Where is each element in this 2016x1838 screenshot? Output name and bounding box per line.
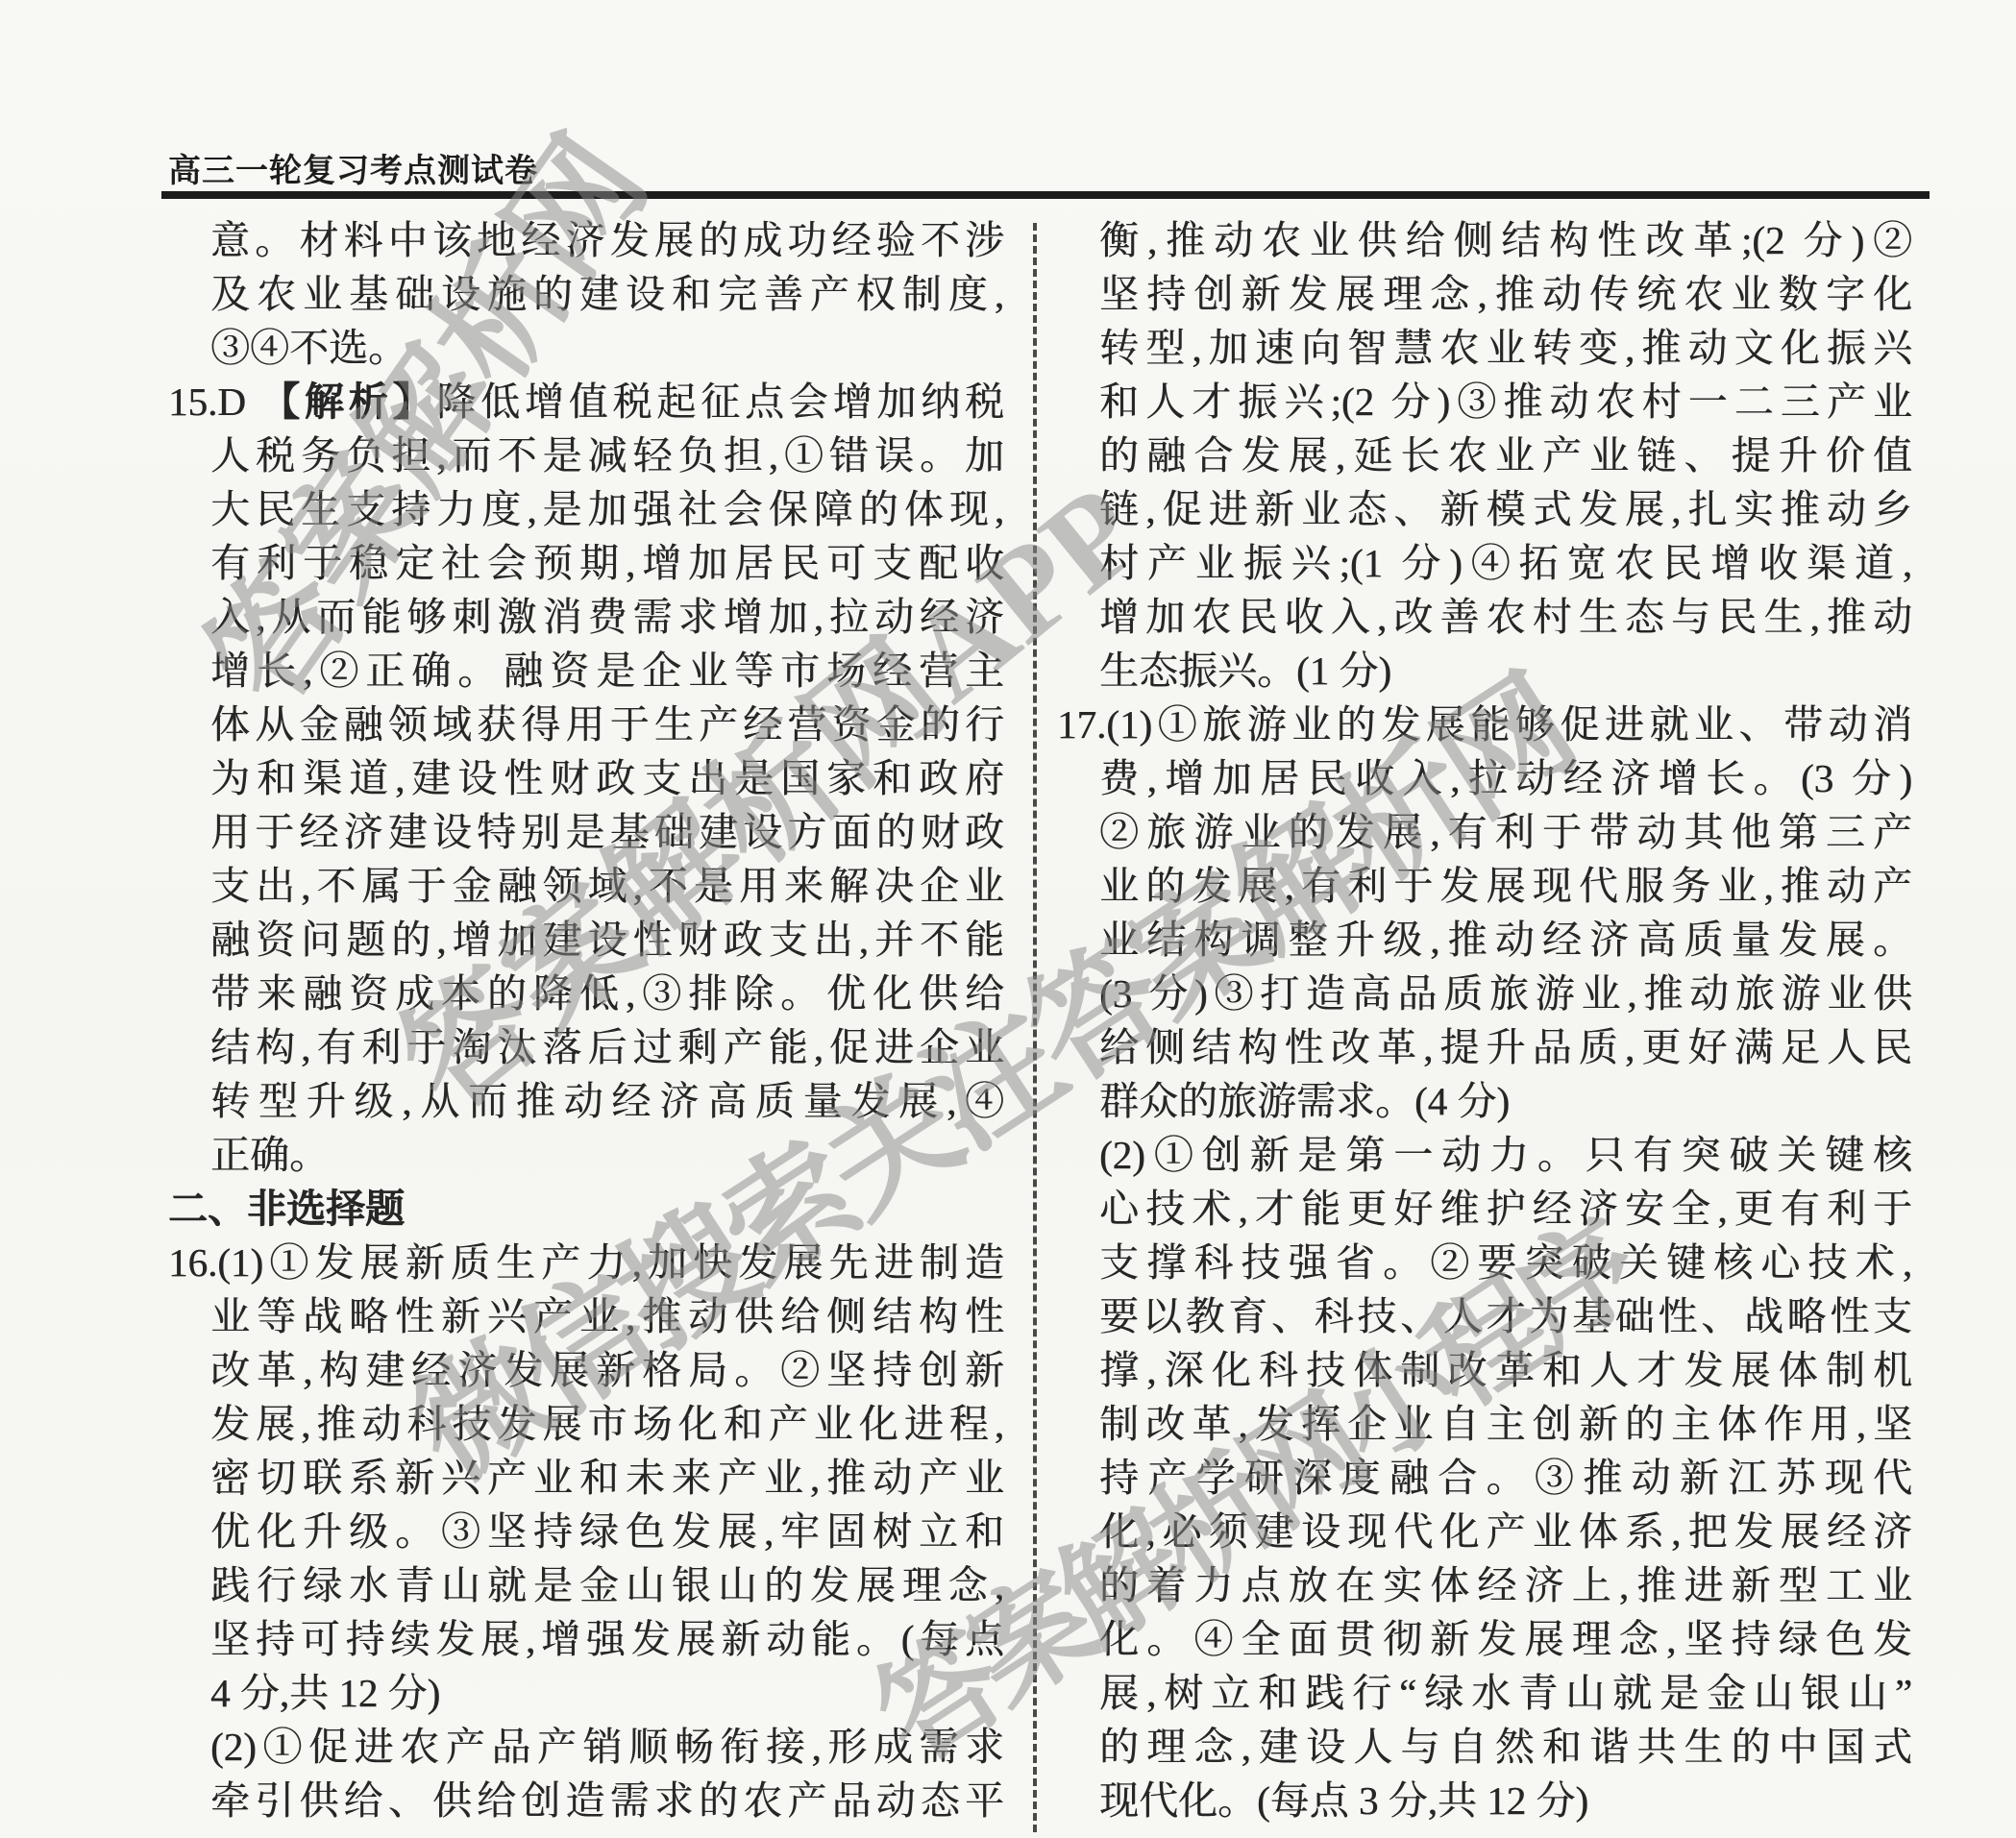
column-divider [1033, 223, 1037, 1832]
text-line: 15.D 【解析】降低增值税起征点会增加纳税 [168, 375, 1004, 429]
text-line: 入,从而能够刺激消费需求增加,拉动经济 [168, 590, 1004, 644]
text-line: 坚持创新发展理念,推动传统农业数字化 [1057, 267, 1912, 321]
text-line: 4 分,共 12 分) [168, 1666, 1004, 1720]
text-line: 坚持可持续发展,增强发展新动能。(每点 [168, 1612, 1004, 1666]
text-line: 改革,构建经济发展新格局。②坚持创新 [168, 1343, 1004, 1397]
text-line: 密切联系新兴产业和未来产业,推动产业 [168, 1451, 1004, 1505]
text-line: 链,促进新业态、新模式发展,扎实推动乡 [1057, 482, 1912, 536]
text-line: 撑,深化科技体制改革和人才发展体制机 [1057, 1343, 1912, 1397]
text-line: 化,必须建设现代化产业体系,把发展经济 [1057, 1505, 1912, 1558]
text-line: 践行绿水青山就是金山银山的发展理念, [168, 1558, 1004, 1612]
text-line: ③④不选。 [168, 321, 1004, 375]
text-line: (3 分)③打造高品质旅游业,推动旅游业供 [1057, 967, 1912, 1020]
text-line: 人税务负担,而不是减轻负担,①错误。加 [168, 429, 1004, 482]
text-line: 转型,加速向智慧农业转变,推动文化振兴 [1057, 321, 1912, 375]
text-line: 二、非选择题 [168, 1182, 1004, 1236]
text-line: 有利于稳定社会预期,增加居民可支配收 [168, 536, 1004, 590]
text-line: 融资问题的,增加建设性财政支出,并不能 [168, 913, 1004, 967]
text-line: 持产学研深度融合。③推动新江苏现代 [1057, 1451, 1912, 1505]
text-line: 展,树立和践行“绿水青山就是金山银山” [1057, 1666, 1912, 1720]
text-line: 化。④全面贯彻新发展理念,坚持绿色发 [1057, 1612, 1912, 1666]
text-line: 大民生支持力度,是加强社会保障的体现, [168, 482, 1004, 536]
text-line: 优化升级。③坚持绿色发展,牢固树立和 [168, 1505, 1004, 1558]
text-line: 及农业基础设施的建设和完善产权制度, [168, 267, 1004, 321]
text-run: 降低增值税起征点会增加纳税 [436, 380, 1004, 424]
text-line: (2)①创新是第一动力。只有突破关键核 [1057, 1128, 1912, 1182]
text-line: 的理念,建设人与自然和谐共生的中国式 [1057, 1720, 1912, 1774]
text-line: 现代化。(每点 3 分,共 12 分) [1057, 1774, 1912, 1827]
text-line: 17.(1)①旅游业的发展能够促进就业、带动消 [1057, 698, 1912, 751]
text-line: 支出,不属于金融领域,不是用来解决企业 [168, 859, 1004, 913]
text-line: 带来融资成本的降低,③排除。优化供给 [168, 967, 1004, 1020]
text-line: 发展,推动科技发展市场化和产业化进程, [168, 1397, 1004, 1451]
text-line: 用于经济建设特别是基础建设方面的财政 [168, 805, 1004, 859]
text-line: 意。材料中该地经济发展的成功经验不涉 [168, 213, 1004, 267]
text-run: 15.D [168, 380, 260, 424]
text-line: 的着力点放在实体经济上,推进新型工业 [1057, 1558, 1912, 1612]
text-line: 牵引供给、供给创造需求的农产品动态平 [168, 1774, 1004, 1827]
page-title: 高三一轮复习考点测试卷 [168, 144, 538, 191]
text-line: 增长,②正确。融资是企业等市场经营主 [168, 644, 1004, 698]
text-line: 支撑科技强省。②要突破关键核心技术, [1057, 1236, 1912, 1289]
header-rule [161, 191, 1930, 199]
text-line: 的融合发展,延长农业产业链、提升价值 [1057, 429, 1912, 482]
text-line: 群众的旅游需求。(4 分) [1057, 1074, 1912, 1128]
text-line: 要以教育、科技、人才为基础性、战略性支 [1057, 1289, 1912, 1343]
text-line: 结构,有利于淘汰落后过剩产能,促进企业 [168, 1020, 1004, 1074]
analysis-label: 【解析】 [260, 380, 436, 424]
scanned-exam-answer-page: 高三一轮复习考点测试卷 意。材料中该地经济发展的成功经验不涉及农业基础设施的建设… [0, 0, 2016, 1838]
text-line: 费,增加居民收入,拉动经济增长。(3 分) [1057, 751, 1912, 805]
text-line: 正确。 [168, 1128, 1004, 1182]
text-line: 制改革,发挥企业自主创新的主体作用,坚 [1057, 1397, 1912, 1451]
text-line: 业的发展,有利于发展现代服务业,推动产 [1057, 859, 1912, 913]
text-line: 增加农民收入,改善农村生态与民生,推动 [1057, 590, 1912, 644]
text-line: 转型升级,从而推动经济高质量发展,④ [168, 1074, 1004, 1128]
text-line: 生态振兴。(1 分) [1057, 644, 1912, 698]
text-line: 业等战略性新兴产业,推动供给侧结构性 [168, 1289, 1004, 1343]
text-line: 和人才振兴;(2 分)③推动农村一二三产业 [1057, 375, 1912, 429]
text-line: 心技术,才能更好维护经济安全,更有利于 [1057, 1182, 1912, 1236]
answer-column-right: 衡,推动农业供给侧结构性改革;(2 分)②坚持创新发展理念,推动传统农业数字化转… [1057, 213, 1912, 1827]
text-line: ②旅游业的发展,有利于带动其他第三产 [1057, 805, 1912, 859]
text-line: 衡,推动农业供给侧结构性改革;(2 分)② [1057, 213, 1912, 267]
text-line: (2)①促进农产品产销顺畅衔接,形成需求 [168, 1720, 1004, 1774]
text-line: 给侧结构性改革,提升品质,更好满足人民 [1057, 1020, 1912, 1074]
text-line: 村产业振兴;(1 分)④拓宽农民增收渠道, [1057, 536, 1912, 590]
answer-column-left: 意。材料中该地经济发展的成功经验不涉及农业基础设施的建设和完善产权制度,③④不选… [168, 213, 1004, 1827]
text-line: 为和渠道,建设性财政支出是国家和政府 [168, 751, 1004, 805]
text-line: 体从金融领域获得用于生产经营资金的行 [168, 698, 1004, 751]
text-line: 业结构调整升级,推动经济高质量发展。 [1057, 913, 1912, 967]
text-line: 16.(1)①发展新质生产力,加快发展先进制造 [168, 1236, 1004, 1289]
